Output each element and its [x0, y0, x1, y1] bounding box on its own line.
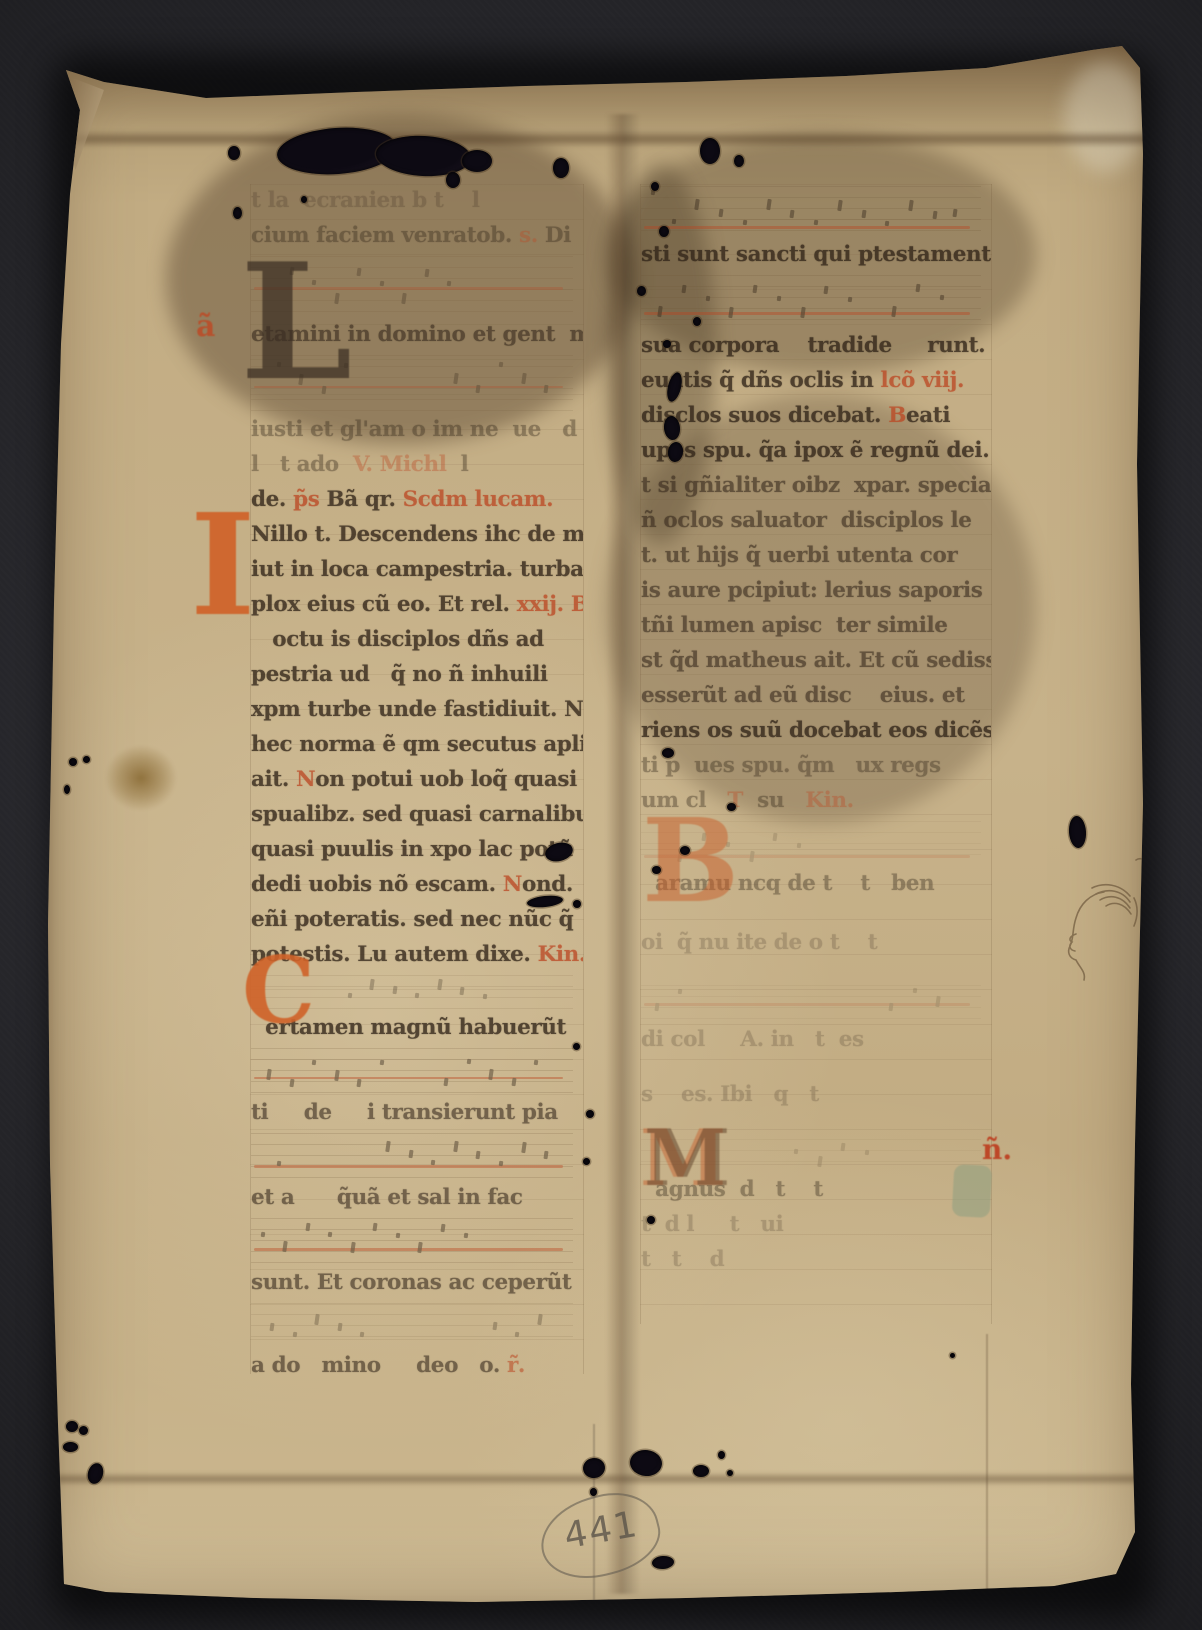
neume-mark [402, 293, 407, 304]
neume-mark [861, 210, 866, 218]
text-line: t. ut hijs q̃ uerbi utenta cor [641, 539, 991, 574]
neume-mark [908, 200, 913, 211]
body-text: ti p ues spu. q̃m ux regs [641, 753, 941, 778]
rubric-text: s. [519, 223, 538, 248]
neume-mark [511, 1078, 516, 1086]
hole [83, 756, 90, 763]
text-line: sti sunt sancti qui ptestamento de= [641, 238, 991, 273]
hole [734, 155, 744, 167]
text-line: euatis q̃ dñs oclis in lcõ viij. [641, 364, 991, 399]
fold-crease-center [606, 114, 640, 1594]
hole [693, 1465, 709, 1477]
body-text: su [743, 788, 805, 813]
body-text: ñ oclos saluator disciplos le [641, 508, 972, 533]
neume-mark [476, 1151, 481, 1159]
text-line: t si gñialiter oibz xpar. speciali9 [641, 469, 991, 504]
hole [950, 1353, 955, 1358]
text-line: t d l t ui [641, 1208, 991, 1243]
neume-mark [499, 1160, 504, 1166]
neume-mark [337, 1323, 342, 1331]
body-text: Di t [538, 223, 584, 248]
hole [693, 317, 701, 326]
rubric-text: N [296, 767, 315, 792]
hole [727, 1470, 733, 1476]
neume-mark [752, 285, 757, 293]
neume-mark [521, 1142, 526, 1153]
body-text: on potui uob loq̃ quasi [315, 767, 577, 792]
hole [583, 1158, 590, 1165]
neume-mark [463, 1233, 468, 1239]
neume-mark [953, 208, 958, 216]
text-line: ñ oclos saluator disciplos le [641, 504, 991, 539]
music-staff [251, 1218, 573, 1264]
rubric-text: lcõ viij. [881, 368, 965, 393]
rubric-text: Kin. [538, 942, 584, 967]
neume-mark [766, 199, 771, 210]
body-text: riens os suũ docebat eos dicẽs. [641, 718, 992, 743]
body-text: ait. [251, 767, 296, 792]
text-line: octu is disciplos dñs ad [251, 623, 583, 658]
neume-mark [415, 993, 420, 999]
body-text: plox eius cũ eo. Et rel. [251, 592, 517, 617]
text-line: tñi lumen apisc ter simile [641, 609, 991, 644]
neume-mark [912, 988, 917, 994]
hole [1068, 815, 1087, 848]
hole [647, 1216, 655, 1224]
neume-mark [444, 1078, 449, 1086]
text-line: oi q̃ nu ite de o t t [641, 926, 991, 961]
rubric-text: V. Michl [353, 452, 447, 477]
neume-mark [282, 1241, 287, 1252]
text-line: quasi puulis in xpo lac potũ [251, 833, 583, 868]
body-text: pestria ud q̃ no ñ inhuili [251, 662, 548, 687]
initial-letter-i: I [190, 496, 256, 636]
text-line: plox eius cũ eo. Et rel. xxij. Ber [251, 588, 583, 623]
neume-mark [544, 385, 549, 393]
rubric-text: Scdm lucam. [403, 487, 554, 512]
initial-letter-dark: L [240, 242, 353, 402]
body-text: di col A. in t es [641, 1027, 864, 1052]
body-text: esserũt ad eũ disc eius. et [641, 683, 965, 708]
neume-mark [350, 1242, 355, 1253]
neume-mark [915, 284, 920, 292]
neume-mark [885, 220, 890, 226]
rubric-text: p̃s [293, 487, 319, 512]
green-repair-patch [952, 1164, 993, 1218]
body-text: xpm turbe unde fastidiuit. Na [251, 697, 584, 722]
text-line: iusti et gl'am o im ne ue d [251, 413, 583, 448]
neume-mark [848, 297, 853, 303]
hole [700, 138, 720, 164]
neume-mark [534, 1059, 539, 1065]
neume-mark [369, 979, 374, 990]
text-line: riens os suũ docebat eos dicẽs. [641, 714, 991, 749]
neume-mark [379, 1060, 384, 1066]
text-line: t t d [641, 1243, 991, 1278]
neume-mark [681, 285, 686, 293]
rubric-text: xxij. Ber [517, 592, 584, 617]
neume-mark [276, 1161, 281, 1167]
text-line: spualibz. sed quasi carnalibus [251, 798, 583, 833]
staff-red-line [644, 1003, 970, 1006]
body-text: ti de i transierunt pia [251, 1100, 558, 1125]
neume-mark [328, 1232, 333, 1238]
text-line: ti p ues spu. q̃m ux regs [641, 749, 991, 784]
body-text: eati [906, 403, 950, 428]
body-text: t si gñialiter oibz xpar. speciali9 [641, 473, 992, 498]
neume-mark [544, 1151, 549, 1159]
neume-mark [657, 306, 662, 317]
neume-mark [334, 1069, 339, 1080]
body-text: t la ecranien b t l [251, 188, 479, 213]
body-text: upes spu. q̃a ipox ẽ regnũ dei. [641, 438, 989, 463]
body-text: hec norma ẽ qm secutus apli [251, 732, 584, 757]
neume-mark [939, 295, 944, 301]
text-line: sua corpora tradide runt. [641, 329, 991, 364]
music-staff [641, 186, 981, 236]
neume-mark [932, 210, 937, 218]
body-text: spualibz. sed quasi carnalibus [251, 802, 584, 827]
hole [637, 286, 646, 296]
hole [462, 150, 492, 172]
hole [301, 196, 307, 203]
neume-mark [396, 1232, 401, 1238]
hole [228, 146, 240, 160]
hole [233, 207, 242, 219]
text-line: iut in loca campestria. turba dis [251, 553, 583, 588]
neume-mark [312, 1060, 317, 1066]
text-line: esserũt ad eũ disc eius. et [641, 679, 991, 714]
music-staff [251, 1133, 573, 1179]
hole [680, 846, 690, 855]
neume-mark [293, 1332, 298, 1338]
text-line: et a q̃uã et sal in fac [251, 1181, 583, 1216]
neume-mark [373, 1223, 378, 1231]
neume-mark [814, 220, 819, 226]
body-text: s es. Ibi q t [641, 1082, 819, 1107]
hole [718, 1451, 725, 1459]
neume-mark [865, 1149, 870, 1155]
neume-mark [837, 199, 842, 210]
body-text: a do mino deo o. [251, 1353, 507, 1374]
fold-crease-top [46, 130, 1149, 148]
body-text: is aure pcipiut: lerius saporis [641, 578, 982, 603]
text-line: Nillo t. Descendens ihc de mõt [251, 518, 583, 553]
text-line: ti de i transierunt pia [251, 1096, 583, 1131]
neume-mark [347, 993, 352, 999]
neume-mark [671, 219, 676, 225]
neume-mark [521, 373, 526, 384]
text-line: l t ado V. Michl l [251, 448, 583, 483]
rubric-text: r̃. [507, 1353, 525, 1374]
hole [573, 900, 581, 908]
neume-mark [453, 1141, 458, 1152]
neume-mark [460, 986, 465, 994]
text-line: xpm turbe unde fastidiuit. Na [251, 693, 583, 728]
neume-mark [654, 1003, 659, 1011]
text-line: sunt. Et coronas ac ceperũt [251, 1266, 583, 1301]
body-text: ond. [522, 872, 573, 897]
rubric-text: Kin. [805, 788, 853, 813]
body-text: tñi lumen apisc ter simile [641, 613, 948, 638]
hole [573, 1043, 580, 1050]
neume-mark [357, 1079, 362, 1087]
staff-red-line [644, 226, 970, 229]
initial-letter-m: M [644, 1120, 730, 1198]
text-line: ait. Non potui uob loq̃ quasi [251, 763, 583, 798]
initial-letter-c: C [242, 944, 315, 1036]
text-line: st q̃d matheus ait. Et cũ sedisset [641, 644, 991, 679]
hole [659, 226, 669, 237]
brown-stain [105, 745, 177, 811]
body-text: t t d [641, 1247, 724, 1272]
margin-rubric-a: ã [196, 312, 215, 342]
neume-mark [888, 1003, 893, 1011]
neume-mark [678, 988, 683, 994]
hole [66, 1421, 78, 1432]
body-text: Nillo t. Descendens ihc de mõt [251, 522, 584, 547]
crease-line [986, 1334, 988, 1594]
abrasion-mark [1064, 62, 1146, 172]
neume-mark [793, 1149, 798, 1155]
hole [663, 340, 671, 348]
body-text: et a q̃uã et sal in fac [251, 1185, 523, 1210]
neume-mark [447, 281, 452, 287]
neume-mark [386, 1141, 391, 1152]
neume-mark [270, 1323, 275, 1331]
music-staff [641, 985, 981, 1021]
backdrop: t la ecranien b t lcium faciem venratob.… [0, 0, 1202, 1630]
neume-mark [841, 1143, 846, 1151]
hole [63, 1442, 78, 1452]
body-text: quasi puulis in xpo lac potũ [251, 837, 573, 862]
neume-mark [289, 1079, 294, 1087]
body-text: iusti et gl'am o im ne ue d [251, 417, 577, 442]
neume-mark [379, 280, 384, 286]
neume-mark [392, 986, 397, 994]
hole [662, 748, 674, 758]
body-text: t d l t ui [641, 1212, 783, 1237]
neume-mark [466, 1059, 471, 1065]
text-line: eñi poteratis. sed nec nũc q̃ [251, 903, 583, 938]
hole [553, 158, 569, 178]
gap [641, 961, 991, 983]
manuscript-leaf: t la ecranien b t lcium faciem venratob.… [46, 44, 1149, 1608]
text-line: de. p̃s Bã qr. Scdm lucam. [251, 483, 583, 518]
neume-mark [776, 296, 781, 302]
neume-mark [476, 384, 481, 392]
music-staff [251, 1048, 573, 1094]
text-line: pestria ud q̃ no ñ inhuili [251, 658, 583, 693]
hole [651, 182, 659, 191]
staff-red-line [254, 1077, 563, 1080]
text-line: is aure pcipiut: lerius saporis [641, 574, 991, 609]
neume-mark [424, 268, 429, 276]
neume-mark [305, 1222, 310, 1230]
neume-mark [797, 842, 802, 848]
hole [64, 785, 70, 794]
body-text: octu is disciplos dñs ad [251, 627, 544, 652]
neume-mark [440, 1223, 445, 1231]
body-text: dedi uobis nõ escam. [251, 872, 503, 897]
neume-mark [817, 1156, 822, 1167]
hole [586, 1110, 594, 1118]
neume-mark [773, 833, 778, 841]
gap [641, 1058, 991, 1078]
neume-mark [891, 305, 896, 316]
neume-mark [499, 361, 504, 367]
staff-red-line [644, 312, 970, 315]
hole [727, 803, 736, 811]
neume-mark [260, 1232, 265, 1238]
text-line: s es. Ibi q t [641, 1078, 991, 1113]
neume-mark [360, 1332, 365, 1338]
music-staff [251, 1303, 573, 1347]
body-text: eñi poteratis. sed nec nũc q̃ [251, 907, 573, 932]
neume-mark [705, 296, 710, 302]
hole [652, 866, 661, 874]
body-text: iut in loca campestria. turba dis [251, 557, 584, 582]
rubric-text: B [888, 403, 906, 428]
neume-mark [453, 373, 458, 384]
neume-mark [492, 1322, 497, 1330]
text-line: disclos suos dicebat. Beati [641, 399, 991, 434]
body-text: sti sunt sancti qui ptestamento de= [641, 242, 992, 267]
neume-mark [357, 268, 362, 276]
music-staff [641, 275, 981, 327]
neume-mark [749, 851, 754, 862]
initial-letter-b: B [642, 804, 739, 919]
neume-mark [315, 1314, 320, 1325]
neume-mark [743, 219, 748, 225]
neume-mark [824, 286, 829, 294]
hole [79, 1426, 88, 1435]
hole [69, 758, 77, 766]
hole [446, 172, 460, 188]
body-text: st q̃d matheus ait. Et cũ sedisset [641, 648, 992, 673]
neume-mark [800, 307, 805, 318]
text-line: a do mino deo o. r̃. [251, 1349, 583, 1374]
body-text: oi q̃ nu ite de o t t [641, 930, 877, 955]
body-text: de. [251, 487, 293, 512]
neume-mark [408, 1150, 413, 1158]
staff-red-line [254, 1248, 563, 1251]
margin-rubric-n: ñ. [982, 1136, 1012, 1164]
neume-mark [437, 979, 442, 990]
body-text: Bã qr. [319, 487, 402, 512]
neume-mark [695, 198, 700, 209]
neume-mark [515, 1331, 520, 1337]
rubric-text: N [503, 872, 522, 897]
body-text: l t ado [251, 452, 353, 477]
body-text: sunt. Et coronas ac ceperũt [251, 1270, 571, 1295]
body-text: l [446, 452, 468, 477]
neume-mark [790, 209, 795, 217]
text-line: upes spu. q̃a ipox ẽ regnũ dei. [641, 434, 991, 469]
body-text: t. ut hijs q̃ uerbi utenta cor [641, 543, 957, 568]
neume-mark [537, 1313, 542, 1324]
neume-mark [483, 993, 488, 999]
text-line: di col A. in t es [641, 1023, 991, 1058]
neume-mark [719, 209, 724, 217]
body-text: sua corpora tradide runt. [641, 333, 985, 358]
staff-red-line [254, 1165, 563, 1168]
text-line: hec norma ẽ qm secutus apli [251, 728, 583, 763]
